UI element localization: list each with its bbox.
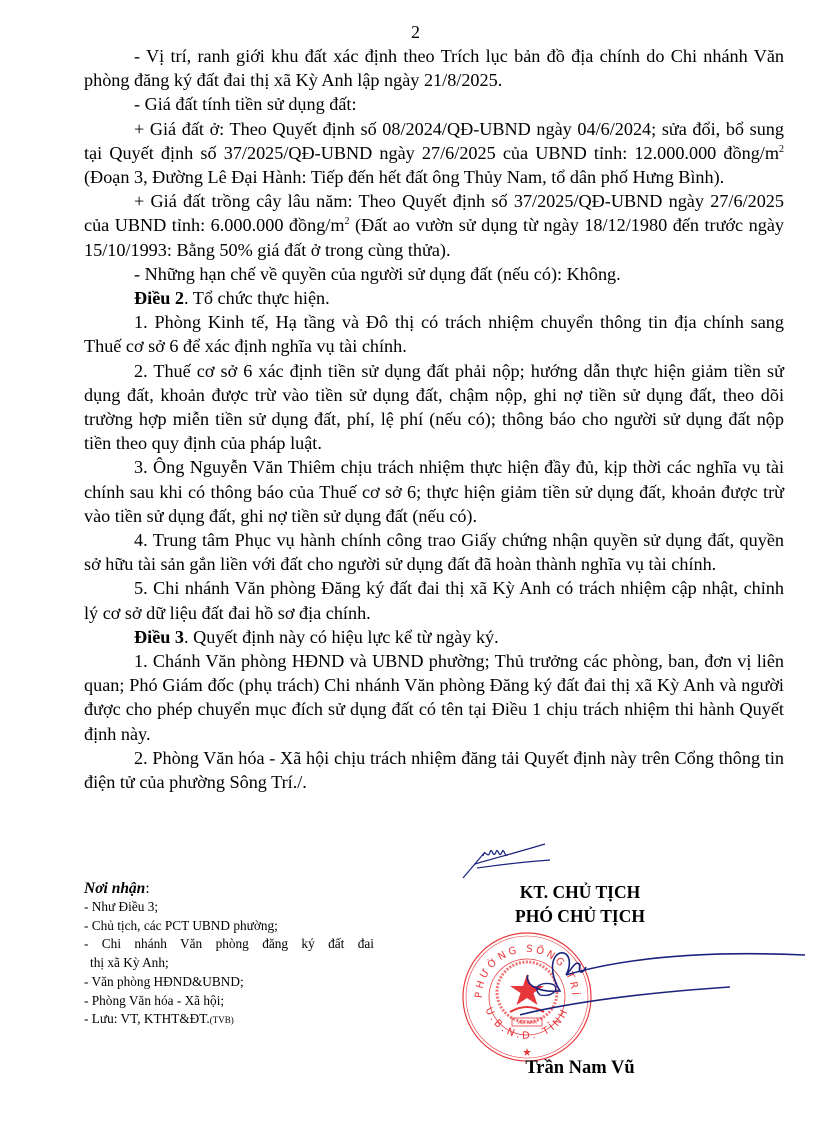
- recipient-item: thị xã Kỳ Anh;: [84, 954, 374, 973]
- recipient-item: - Lưu: VT, KTHT&ĐT.(TVB): [84, 1010, 374, 1030]
- initials-signature-icon: [455, 838, 550, 883]
- recipient-item: - Như Điều 3;: [84, 898, 374, 917]
- article-2-heading: Điều 2. Tổ chức thực hiện.: [84, 286, 784, 310]
- article-2-item-1: 1. Phòng Kinh tế, Hạ tầng và Đô thị có t…: [84, 310, 784, 358]
- page-number: 2: [0, 22, 831, 43]
- article-3-item-2: 2. Phòng Văn hóa - Xã hội chịu trách nhi…: [84, 746, 784, 794]
- document-body: - Vị trí, ranh giới khu đất xác định the…: [84, 44, 784, 794]
- paragraph-land-price: - Giá đất tính tiền sử dụng đất:: [84, 92, 784, 116]
- signature-title-2: PHÓ CHỦ TỊCH: [450, 904, 710, 928]
- article-3-heading: Điều 3. Quyết định này có hiệu lực kể từ…: [84, 625, 784, 649]
- recipients-block: Nơi nhận: - Như Điều 3; - Chủ tịch, các …: [84, 880, 374, 1030]
- paragraph-perennial-price: + Giá đất trồng cây lâu năm: Theo Quyết …: [84, 189, 784, 262]
- recipient-item: - Phòng Văn hóa - Xã hội;: [84, 992, 374, 1011]
- recipient-item: - Chủ tịch, các PCT UBND phường;: [84, 917, 374, 936]
- recipient-item: - Chi nhánh Văn phòng đăng ký đất đai: [84, 935, 374, 954]
- article-2-item-4: 4. Trung tâm Phục vụ hành chính công tra…: [84, 528, 784, 576]
- signature-title-1: KT. CHỦ TỊCH: [450, 880, 710, 904]
- article-3-item-1: 1. Chánh Văn phòng HĐND và UBND phường; …: [84, 649, 784, 746]
- paragraph-restrictions: - Những hạn chế về quyền của người sử dụ…: [84, 262, 784, 286]
- article-2-item-5: 5. Chi nhánh Văn phòng Đăng ký đất đai t…: [84, 576, 784, 624]
- signature-block: KT. CHỦ TỊCH PHÓ CHỦ TỊCH: [450, 880, 710, 928]
- recipient-item: - Văn phòng HĐND&UBND;: [84, 973, 374, 992]
- paragraph-location: - Vị trí, ranh giới khu đất xác định the…: [84, 44, 784, 92]
- signer-name: Trần Nam Vũ: [450, 1058, 710, 1079]
- paragraph-residential-price: + Giá đất ở: Theo Quyết định số 08/2024/…: [84, 117, 784, 190]
- handwritten-signature-icon: [520, 935, 810, 1045]
- article-2-item-2: 2. Thuế cơ sở 6 xác định tiền sử dụng đấ…: [84, 359, 784, 456]
- article-2-item-3: 3. Ông Nguyễn Văn Thiêm chịu trách nhiệm…: [84, 455, 784, 528]
- recipients-title: Nơi nhận:: [84, 880, 374, 898]
